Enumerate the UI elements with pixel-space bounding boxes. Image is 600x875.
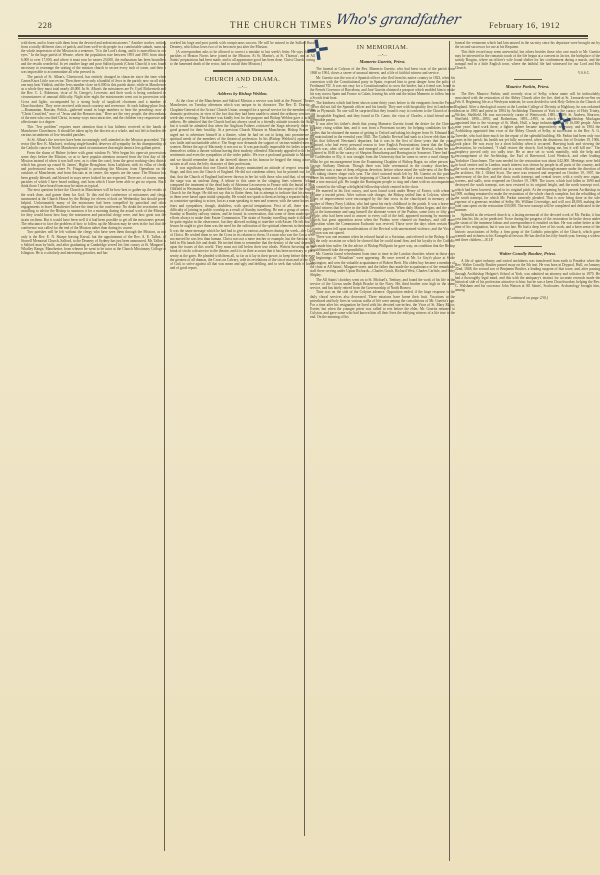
article-headline: IN MEMORIAM. <box>310 44 455 52</box>
column-2: worked his large and poor parish with co… <box>170 41 315 831</box>
paragraph: worked his large and poor parish with co… <box>170 41 315 49</box>
section-rule <box>514 79 542 80</box>
paragraph: The All Saints' choirboy went on to St. … <box>310 278 455 290</box>
paragraph: [A correspondent asks to be allowed to c… <box>170 50 315 67</box>
paragraph: Splendid as the restored church is, a la… <box>455 213 600 242</box>
paragraph: Two parishes will be left without the cl… <box>21 230 166 255</box>
paragraph: This "Jew problem" requires more attenti… <box>21 125 166 137</box>
signature: V.S.S.C. <box>455 71 600 75</box>
issue-date: February 16, 1912 <box>489 20 560 30</box>
continuation-note: (Continued on page 230.) <box>455 296 600 300</box>
handwritten-cross-mark-icon: ✛ <box>304 33 332 69</box>
section-rule <box>213 70 273 72</box>
paragraph: At St. Alban's the services have been in… <box>21 138 166 150</box>
paragraph: The funeral at Colyton of the Rev. Mamer… <box>310 67 455 75</box>
masthead-rule-thin <box>18 38 588 39</box>
ornament-divider: —•— <box>310 53 455 57</box>
paragraph: funeral the vestments which had lain unu… <box>455 41 600 49</box>
article-subhead: Maurice Parkin, Priest. <box>455 84 600 90</box>
paragraph: The kindness which had been shown some t… <box>310 101 455 122</box>
masthead: 228 THE CHURCH TIMES Who's grandfather F… <box>18 14 588 34</box>
paragraph: It was significant that one Church had a… <box>170 166 315 270</box>
paragraph: The parish of St. Alban's, Cheetwood, ha… <box>21 75 166 125</box>
paragraph: The Rev. Maurice Parkin, until recently … <box>455 92 600 213</box>
paragraph: From the slums of Hulme (where with grea… <box>21 151 166 188</box>
paragraph: This little record may seem uneventful, … <box>455 50 600 71</box>
publication-title: THE CHURCH TIMES <box>230 20 332 30</box>
paragraph: Mr. Gueritz found refreshment from time … <box>310 252 455 277</box>
paragraph: It was after his father's death that you… <box>310 122 455 189</box>
article-subhead: Mamerto Gueritz, Priest. <box>310 59 455 65</box>
article-subhead: Walter Conolly Boulter, Priest. <box>455 251 600 257</box>
column-1: with them, and to learn with them from t… <box>21 41 166 858</box>
paragraph: The next question before the Church in M… <box>21 188 166 230</box>
paragraph: He married in his first curacy, and soon… <box>310 189 455 235</box>
handwritten-annotation: Who's grandfather <box>334 12 461 28</box>
ornament-divider: —•— <box>170 85 315 89</box>
paragraph: A life of quiet industry and varied usef… <box>455 259 600 292</box>
section-rule <box>514 246 542 247</box>
column-3: IN MEMORIAM. —•— Mamerto Gueritz, Priest… <box>310 41 455 831</box>
paragraph: with them, and to learn with them from t… <box>21 41 166 74</box>
paragraph: There was one moment when he refused bur… <box>310 235 455 252</box>
paragraph: Mr. Gueritz was the son of a Spanish off… <box>310 76 455 101</box>
paragraph: Time was on the side of the Colyton adva… <box>310 290 455 319</box>
page-number: 228 <box>38 20 52 30</box>
paragraph: At the close of the Manchester and Salfo… <box>170 99 315 166</box>
newspaper-page: 228 THE CHURCH TIMES Who's grandfather F… <box>0 0 600 875</box>
column-4: funeral the vestments which had lain unu… <box>455 41 600 851</box>
article-headline: CHURCH AND DRAMA. <box>170 76 315 84</box>
article-subhead: Address by Bishop Weldon. <box>170 91 315 97</box>
